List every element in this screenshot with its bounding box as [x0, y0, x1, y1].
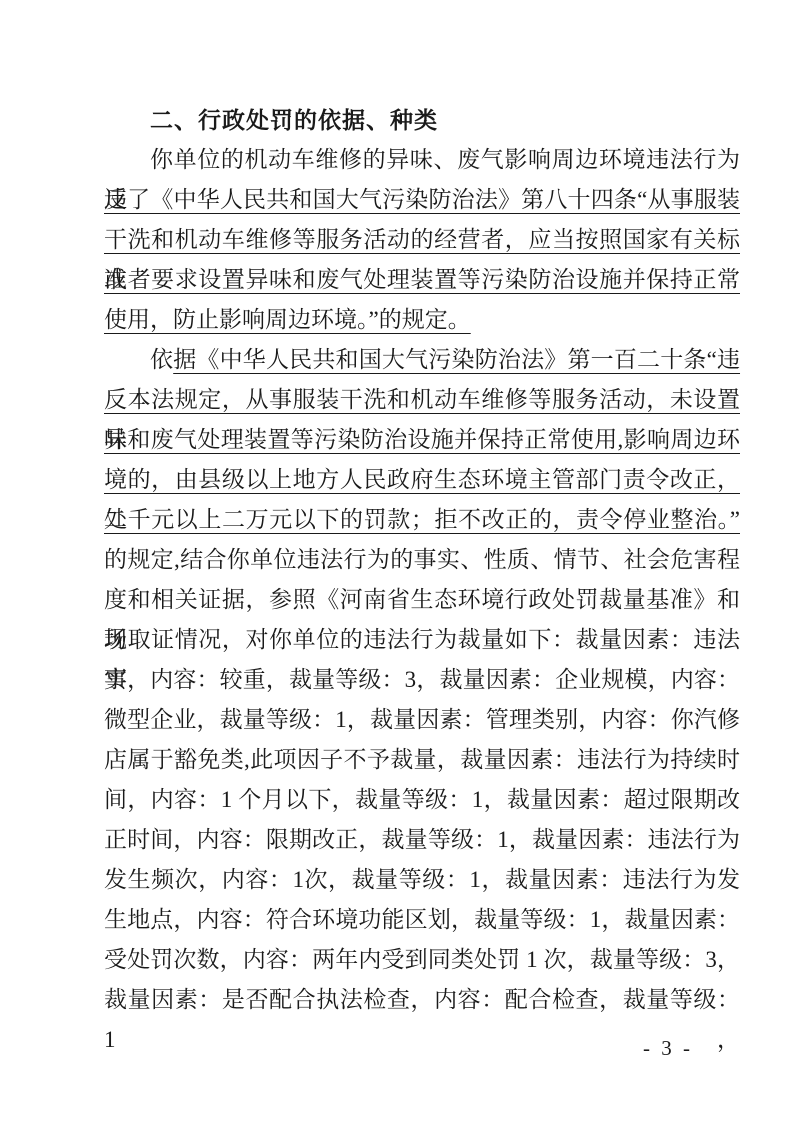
text-run: 实，内容：较重，裁量等级：3，裁量因素：企业规模，内容：: [104, 667, 740, 692]
text-run: 发生频次，内容：1次，裁量等级：1，裁量因素：违法行为发: [104, 867, 740, 892]
text-line: 实，内容：较重，裁量等级：3，裁量因素：企业规模，内容：: [104, 660, 740, 700]
text-line: 使用，防止影响周边环境。”的规定。: [104, 300, 740, 340]
text-line: 受处罚次数，内容：两年内受到同类处罚 1 次，裁量等级：3，: [104, 940, 740, 980]
text-line: 的规定,结合你单位违法行为的事实、性质、情节、社会危害程: [104, 540, 740, 580]
underlined-text-run: 味和废气处理装置等污染防治设施并保持正常使用,影响周边环: [104, 427, 740, 452]
text-line: 间，内容：1 个月以下，裁量等级：1，裁量因素：超过限期改: [104, 780, 740, 820]
text-run: 微型企业，裁量等级：1，裁量因素：管理类别，内容：你汽修: [104, 707, 740, 732]
text-line: 微型企业，裁量等级：1，裁量因素：管理类别，内容：你汽修: [104, 700, 740, 740]
text-line: 店属于豁免类,此项因子不予裁量，裁量因素：违法行为持续时: [104, 740, 740, 780]
text-line: 二千元以上二万元以下的罚款；拒不改正的，责令停业整治。”: [104, 500, 740, 540]
text-line: 或者要求设置异味和废气处理装置等污染防治设施并保持正常: [104, 260, 740, 300]
text-line: 正时间，内容：限期改正，裁量等级：1，裁量因素：违法行为: [104, 820, 740, 860]
underlined-text-run: 据《中华人民共和国大气污染防治法》第一百二十条“违: [173, 347, 740, 372]
text-line: 干洗和机动车维修等服务活动的经营者，应当按照国家有关标准: [104, 220, 740, 260]
text-run: 的规定,结合你单位违法行为的事实、性质、情节、社会危害程: [104, 547, 740, 572]
text-line: 裁量因素：是否配合执法检查，内容：配合检查，裁量等级：1，: [104, 980, 740, 1020]
section-heading: 二、行政处罚的依据、种类: [104, 100, 740, 140]
underlined-text-run: 反了《中华人民共和国大气污染防治法》第八十四条“从事服装: [104, 187, 740, 212]
text-run: 二、行政处罚的依据、种类: [150, 107, 438, 133]
text-line: 味和废气处理装置等污染防治设施并保持正常使用,影响周边环: [104, 420, 740, 460]
text-line: 度和相关证据，参照《河南省生态环境行政处罚裁量基准》和现: [104, 580, 740, 620]
text-line: 反了《中华人民共和国大气污染防治法》第八十四条“从事服装: [104, 180, 740, 220]
underlined-text-run: 二千元以上二万元以下的罚款；拒不改正的，责令停业整治。”: [104, 507, 740, 532]
text-run: 你单位的机动车维修的异味、废气影响周边环境违法行为: [150, 147, 740, 172]
text-run: 受处罚次数，内容：两年内受到同类处罚 1 次，裁量等级：3，: [104, 947, 740, 972]
text-line: 反本法规定，从事服装干洗和机动车维修等服务活动，未设置异: [104, 380, 740, 420]
document-lines: 二、行政处罚的依据、种类你单位的机动车维修的异味、废气影响周边环境违法行为违反了…: [104, 100, 740, 1020]
text-line: 依据《中华人民共和国大气污染防治法》第一百二十条“违: [104, 340, 740, 380]
text-run: 生地点，内容：符合环境功能区划，裁量等级：1，裁量因素：: [104, 907, 740, 932]
text-run: 依: [150, 347, 173, 372]
text-line: 你单位的机动车维修的异味、废气影响周边环境违法行为违: [104, 140, 740, 180]
text-line: 场取证情况，对你单位的违法行为裁量如下：裁量因素：违法事: [104, 620, 740, 660]
text-line: 发生频次，内容：1次，裁量等级：1，裁量因素：违法行为发: [104, 860, 740, 900]
page-number: - 3 -: [643, 1036, 693, 1061]
underlined-text-run: 使用，防止影响周边环境。”的规定。: [104, 307, 471, 332]
text-line: 生地点，内容：符合环境功能区划，裁量等级：1，裁量因素：: [104, 900, 740, 940]
text-line: 境的，由县级以上地方人民政府生态环境主管部门责令改正，处: [104, 460, 740, 500]
text-run: 店属于豁免类,此项因子不予裁量，裁量因素：违法行为持续时: [104, 747, 740, 772]
text-run: 间，内容：1 个月以下，裁量等级：1，裁量因素：超过限期改: [104, 787, 740, 812]
document-page: 二、行政处罚的依据、种类你单位的机动车维修的异味、废气影响周边环境违法行为违反了…: [0, 0, 793, 1122]
underlined-text-run: 或者要求设置异味和废气处理装置等污染防治设施并保持正常: [104, 267, 740, 292]
text-run: 正时间，内容：限期改正，裁量等级：1，裁量因素：违法行为: [104, 827, 740, 852]
